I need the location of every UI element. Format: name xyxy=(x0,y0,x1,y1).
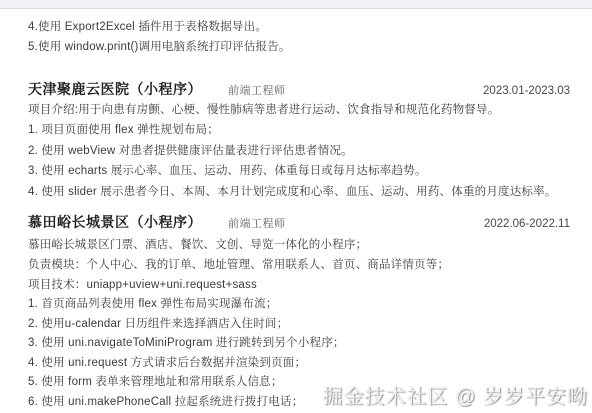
section-header-greatwall-project: 慕田峪长城景区（小程序） 前端工程师 2022.06-2022.11 xyxy=(28,211,570,233)
project-detail-list: 1. 项目页面使用 flex 弹性规划布局； 2. 使用 webView 对患者… xyxy=(28,120,570,202)
top-edge-bar xyxy=(0,0,592,9)
description-line: 慕田峪长城景区门票、酒店、餐饮、文创、导览一体化的小程序； xyxy=(28,235,570,255)
document-content: 4.使用 Export2Excel 插件用于表格数据导出。 5.使用 windo… xyxy=(0,9,592,412)
project-intro: 项目介绍:用于向患有房颤、心梗、慢性肺病等患者进行运动、饮食指导和规范化药物督导… xyxy=(28,100,570,120)
project-role: 前端工程师 xyxy=(228,82,286,98)
resume-document-page: 4.使用 Export2Excel 插件用于表格数据导出。 5.使用 windo… xyxy=(0,0,592,413)
watermark-text: 掘金技术社区 @ 岁岁平安呦 xyxy=(323,380,588,409)
project-date-range: 2023.01-2023.03 xyxy=(483,85,570,97)
project-role: 前端工程师 xyxy=(228,215,286,231)
list-item: 3. 使用 uni.navigateToMiniProgram 进行跳转到另个小… xyxy=(28,334,570,354)
list-item: 1. 项目页面使用 flex 弹性规划布局； xyxy=(28,120,570,141)
list-item: 4. 使用 uni.request 方式请求后台数据并渲染到页面； xyxy=(28,354,570,374)
list-item: 1. 首页商品列表使用 flex 弹性布局实现瀑布流； xyxy=(28,295,570,315)
project-date-range: 2022.06-2022.11 xyxy=(484,218,570,230)
previous-project-list-tail: 4.使用 Export2Excel 插件用于表格数据导出。 5.使用 windo… xyxy=(28,17,570,57)
list-item: 4. 使用 slider 展示患者今日、本周、本月计划完成度和心率、血压、运动、… xyxy=(28,182,570,203)
project-description: 慕田峪长城景区门票、酒店、餐饮、文创、导览一体化的小程序； 负责模块：个人中心、… xyxy=(28,235,570,295)
list-item: 2. 使用 webView 对患者提供健康评估量表进行评估患者情况。 xyxy=(28,141,570,162)
project-title: 天津聚鹿云医院（小程序） xyxy=(28,78,202,100)
list-item: 4.使用 Export2Excel 插件用于表格数据导出。 xyxy=(28,17,570,37)
section-header-hospital-project: 天津聚鹿云医院（小程序） 前端工程师 2023.01-2023.03 xyxy=(28,78,570,100)
description-line: 负责模块：个人中心、我的订单、地址管理、常用联系人、首页、商品详情页等； xyxy=(28,255,570,275)
project-title: 慕田峪长城景区（小程序） xyxy=(28,211,202,233)
description-line: 项目技术：uniapp+uview+uni.request+sass xyxy=(28,275,570,295)
section-body-hospital-project: 项目介绍:用于向患有房颤、心梗、慢性肺病等患者进行运动、饮食指导和规范化药物督导… xyxy=(28,100,570,202)
list-item: 2. 使用u-calendar 日历组件来选择酒店入住时间； xyxy=(28,315,570,335)
list-item: 5.使用 window.print()调用电脑系统打印评估报告。 xyxy=(28,37,570,57)
list-item: 3. 使用 echarts 展示心率、血压、运动、用药、体重每日或每月达标率趋势… xyxy=(28,161,570,182)
